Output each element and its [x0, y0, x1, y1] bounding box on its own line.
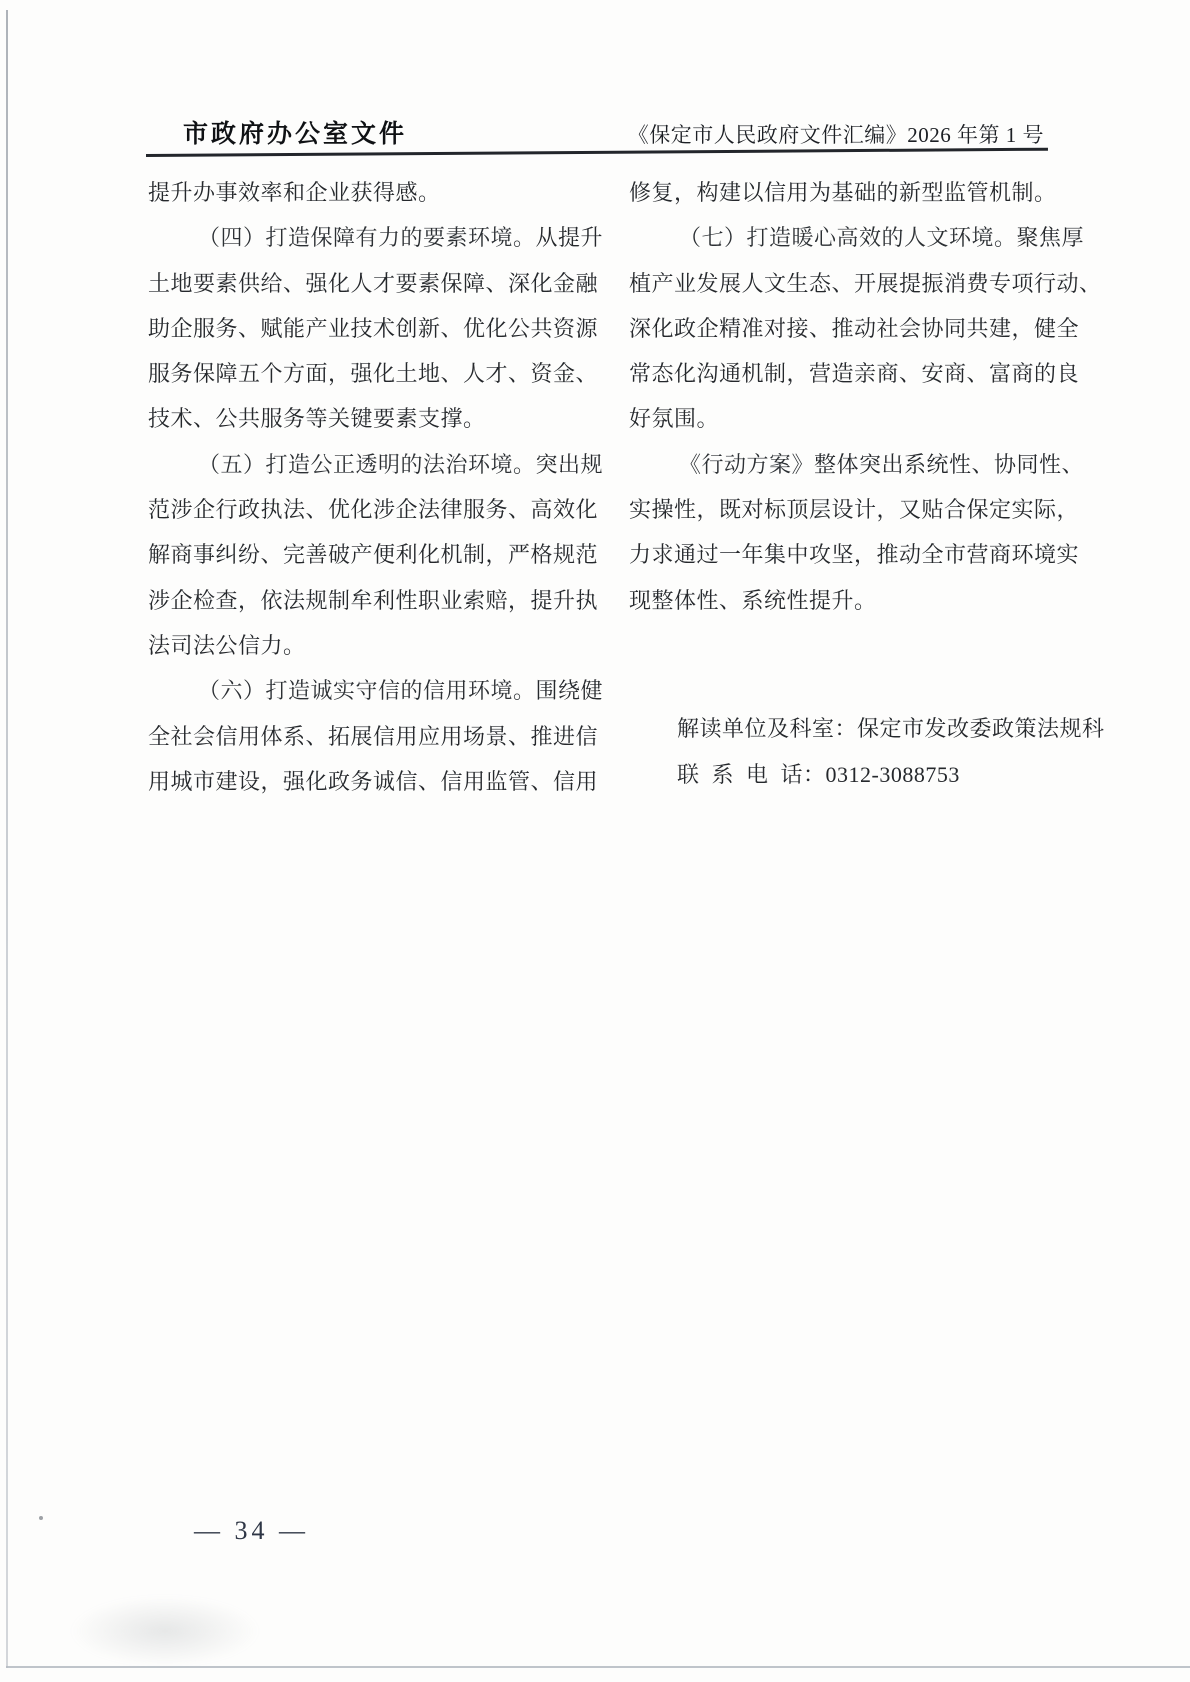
text-line: 植产业发展人文生态、开展提振消费专项行动、: [629, 261, 1074, 306]
header-right-title: 《保定市人民政府文件汇编》2026 年第 1 号: [628, 119, 1044, 149]
scan-smudge: [70, 1596, 260, 1666]
right-column: 修复，构建以信用为基础的新型监管机制。 （七）打造暖心高效的人文环境。聚焦厚 植…: [629, 170, 1074, 623]
text-line: 助企服务、赋能产业技术创新、优化公共资源: [148, 306, 593, 351]
page-number: — 34 —: [194, 1516, 309, 1546]
section-heading: （七）打造暖心高效的人文环境。: [679, 225, 1017, 250]
section-heading-line: 《行动方案》整体突出系统性、协同性、: [629, 442, 1074, 487]
text-line: 好氛围。: [629, 396, 1074, 441]
contact-block: 解读单位及科室：保定市发改委政策法规科 联 系 电 话：0312-3088753: [629, 706, 1105, 798]
text-line: 深化政企精准对接、推动社会协同共建，健全: [629, 306, 1074, 351]
text-line: 范涉企行政执法、优化涉企法律服务、高效化: [148, 487, 593, 532]
interpreting-unit-line: 解读单位及科室：保定市发改委政策法规科: [629, 706, 1105, 752]
text-line: 实操性，既对标顶层设计，又贴合保定实际，: [629, 487, 1074, 532]
text-line: 用城市建设，强化政务诚信、信用监管、信用: [148, 759, 593, 804]
text-line: 力求通过一年集中攻坚，推动全市营商环境实: [629, 532, 1074, 577]
document-title-ref: 《行动方案》: [679, 452, 814, 477]
scan-edge-bottom: [6, 1666, 1190, 1668]
section-heading: （五）打造公正透明的法治环境。: [198, 452, 536, 477]
text-line: 全社会信用体系、拓展信用应用场景、推进信: [148, 714, 593, 759]
section-heading: （四）打造保障有力的要素环境。: [198, 225, 536, 250]
header-left-title: 市政府办公室文件: [183, 114, 407, 150]
text-line: 常态化沟通机制，营造亲商、安商、富商的良: [629, 351, 1074, 396]
text-line: 修复，构建以信用为基础的新型监管机制。: [629, 170, 1074, 215]
section-heading-line: （七）打造暖心高效的人文环境。聚焦厚: [629, 215, 1074, 260]
left-column: 提升办事效率和企业获得感。 （四）打造保障有力的要素环境。从提升 土地要素供给、…: [148, 170, 593, 804]
contact-phone-line: 联 系 电 话：0312-3088753: [629, 752, 1105, 798]
text-line: 服务保障五个方面，强化土地、人才、资金、: [148, 351, 593, 396]
section-heading-line: （四）打造保障有力的要素环境。从提升: [148, 215, 593, 260]
text-line: 土地要素供给、强化人才要素保障、深化金融: [148, 261, 593, 306]
text-line: 涉企检查，依法规制牟利性职业索赔，提升执: [148, 578, 593, 623]
text-line: 现整体性、系统性提升。: [629, 578, 1074, 623]
section-heading-line: （六）打造诚实守信的信用环境。围绕健: [148, 668, 593, 713]
scanned-document-page: 市政府办公室文件 《保定市人民政府文件汇编》2026 年第 1 号 提升办事效率…: [0, 0, 1190, 1682]
scan-edge-left: [6, 10, 8, 1668]
section-heading: （六）打造诚实守信的信用环境。: [198, 678, 536, 703]
text-line: 技术、公共服务等关键要素支撑。: [148, 396, 593, 441]
scan-dot: [39, 1516, 43, 1520]
text-line: 提升办事效率和企业获得感。: [148, 170, 593, 215]
text-line: 法司法公信力。: [148, 623, 593, 668]
section-heading-line: （五）打造公正透明的法治环境。突出规: [148, 442, 593, 487]
text-line: 解商事纠纷、完善破产便利化机制，严格规范: [148, 532, 593, 577]
